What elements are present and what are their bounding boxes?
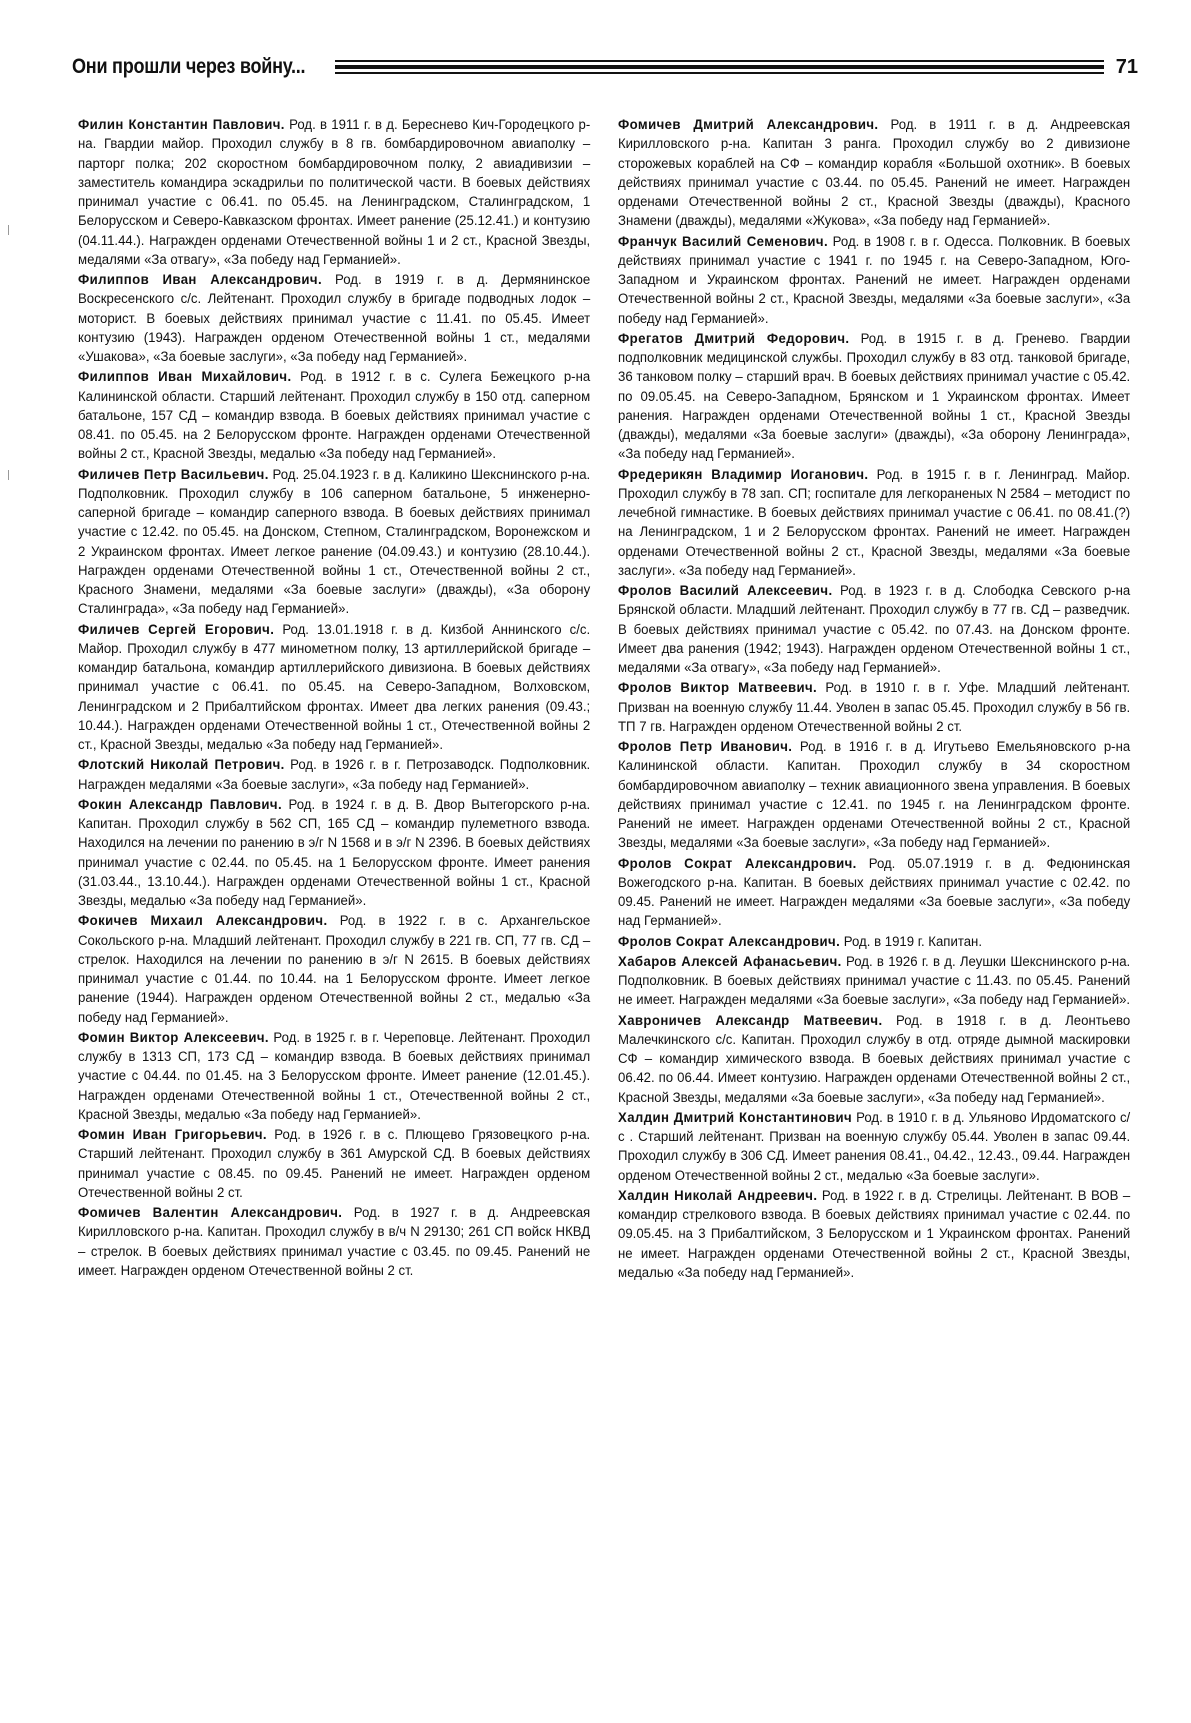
scan-margin-mark: [8, 225, 9, 235]
entry-name: Фомичев Дмитрий Александрович.: [618, 117, 878, 132]
entry-name: Фролов Василий Алексеевич.: [618, 583, 833, 598]
entry-text: Род. в 1911 г. в д. Андреевская Кириллов…: [618, 117, 1130, 228]
entry-name: Флотский Николай Петрович.: [78, 757, 285, 772]
entry-name: Халдин Николай Андреевич.: [618, 1188, 817, 1203]
biography-entry: Филиппов Иван Александрович. Род. в 1919…: [78, 270, 590, 366]
entry-name: Фролов Петр Иванович.: [618, 739, 792, 754]
entry-name: Хавроничев Александр Матвеевич.: [618, 1013, 883, 1028]
entry-text: Род. 13.01.1918 г. в д. Кизбой Аннинског…: [78, 622, 590, 753]
running-header-title: Они прошли через войну...: [72, 55, 305, 79]
entry-name: Фокичев Михаил Александрович.: [78, 913, 328, 928]
entry-name: Фомин Виктор Алексеевич.: [78, 1030, 269, 1045]
scan-margin-mark: [8, 470, 9, 480]
entry-text: Род. 25.04.1923 г. в д. Каликино Шекснин…: [78, 467, 590, 617]
running-header: Они прошли через войну... 71: [72, 50, 1142, 84]
entry-text: Род. в 1916 г. в д. Игутьево Емельяновск…: [618, 739, 1130, 850]
entry-name: Филин Константин Павлович.: [78, 117, 285, 132]
header-rule-divider: [335, 60, 1104, 74]
entry-name: Филиппов Иван Михайлович.: [78, 369, 291, 384]
entry-name: Филиппов Иван Александрович.: [78, 272, 322, 287]
entry-name: Филичев Петр Васильевич.: [78, 467, 269, 482]
biography-entry: Фролов Сократ Александрович. Род. 05.07.…: [618, 854, 1130, 931]
biography-entry: Фролов Петр Иванович. Род. в 1916 г. в д…: [618, 737, 1130, 853]
left-column: Филин Константин Павлович. Род. в 1911 г…: [78, 115, 598, 1281]
biography-entry: Фомин Виктор Алексеевич. Род. в 1925 г. …: [78, 1028, 590, 1124]
biography-entry: Халдин Николай Андреевич. Род. в 1922 г.…: [618, 1186, 1130, 1282]
biography-entry: Фомичев Валентин Александрович. Род. в 1…: [78, 1203, 590, 1280]
right-column: Фомичев Дмитрий Александрович. Род. в 19…: [618, 115, 1138, 1283]
entry-name: Хабаров Алексей Афанасьевич.: [618, 954, 842, 969]
entry-text: Род. в 1924 г. в д. В. Двор Вытегорского…: [78, 797, 590, 908]
entry-name: Фредерикян Владимир Иоганович.: [618, 467, 868, 482]
entry-name: Халдин Дмитрий Константинович: [618, 1110, 852, 1125]
biography-entry: Филичев Петр Васильевич. Род. 25.04.1923…: [78, 465, 590, 619]
biography-entry: Фролов Василий Алексеевич. Род. в 1923 г…: [618, 581, 1130, 677]
entry-text: Род. в 1915 г. в г. Ленинград. Майор. Пр…: [618, 467, 1130, 578]
entry-name: Филичев Сергей Егорович.: [78, 622, 274, 637]
entry-text: Род. в 1922 г. в с. Архангельское Соколь…: [78, 913, 590, 1024]
biography-entry: Флотский Николай Петрович. Род. в 1926 г…: [78, 755, 590, 794]
biography-entry: Филичев Сергей Егорович. Род. 13.01.1918…: [78, 620, 590, 755]
biography-entry: Фредерикян Владимир Иоганович. Род. в 19…: [618, 465, 1130, 581]
biography-entry: Франчук Василий Семенович. Род. в 1908 г…: [618, 232, 1130, 328]
entry-name: Фомичев Валентин Александрович.: [78, 1205, 342, 1220]
entry-text: Род. в 1911 г. в д. Береснево Кич-Городе…: [78, 117, 590, 267]
biography-entry: Филин Константин Павлович. Род. в 1911 г…: [78, 115, 590, 269]
entry-name: Фрегатов Дмитрий Федорович.: [618, 331, 849, 346]
entry-name: Фомин Иван Григорьевич.: [78, 1127, 267, 1142]
biography-entry: Фролов Сократ Александрович. Род. в 1919…: [618, 932, 1130, 951]
biography-entry: Фокичев Михаил Александрович. Род. в 192…: [78, 911, 590, 1027]
entry-name: Фролов Сократ Александрович.: [618, 856, 857, 871]
biography-entry: Фокин Александр Павлович. Род. в 1924 г.…: [78, 795, 590, 911]
entry-name: Франчук Василий Семенович.: [618, 234, 828, 249]
entry-name: Фролов Сократ Александрович.: [618, 934, 840, 949]
entry-name: Фокин Александр Павлович.: [78, 797, 282, 812]
entry-text: Род. в 1915 г. в д. Гренево. Гвардии под…: [618, 331, 1130, 462]
biography-entry: Филиппов Иван Михайлович. Род. в 1912 г.…: [78, 367, 590, 463]
entry-text: Род. в 1919 г. Капитан.: [840, 934, 982, 949]
biography-entry: Фомин Иван Григорьевич. Род. в 1926 г. в…: [78, 1125, 590, 1202]
biography-entry: Хабаров Алексей Афанасьевич. Род. в 1926…: [618, 952, 1130, 1010]
biography-entry: Фрегатов Дмитрий Федорович. Род. в 1915 …: [618, 329, 1130, 464]
biography-entry: Фролов Виктор Матвеевич. Род. в 1910 г. …: [618, 678, 1130, 736]
biography-entry: Халдин Дмитрий Константинович Род. в 191…: [618, 1108, 1130, 1185]
biography-entry: Хавроничев Александр Матвеевич. Род. в 1…: [618, 1011, 1130, 1107]
page-number: 71: [1116, 56, 1138, 79]
entry-name: Фролов Виктор Матвеевич.: [618, 680, 817, 695]
biography-entry: Фомичев Дмитрий Александрович. Род. в 19…: [618, 115, 1130, 231]
